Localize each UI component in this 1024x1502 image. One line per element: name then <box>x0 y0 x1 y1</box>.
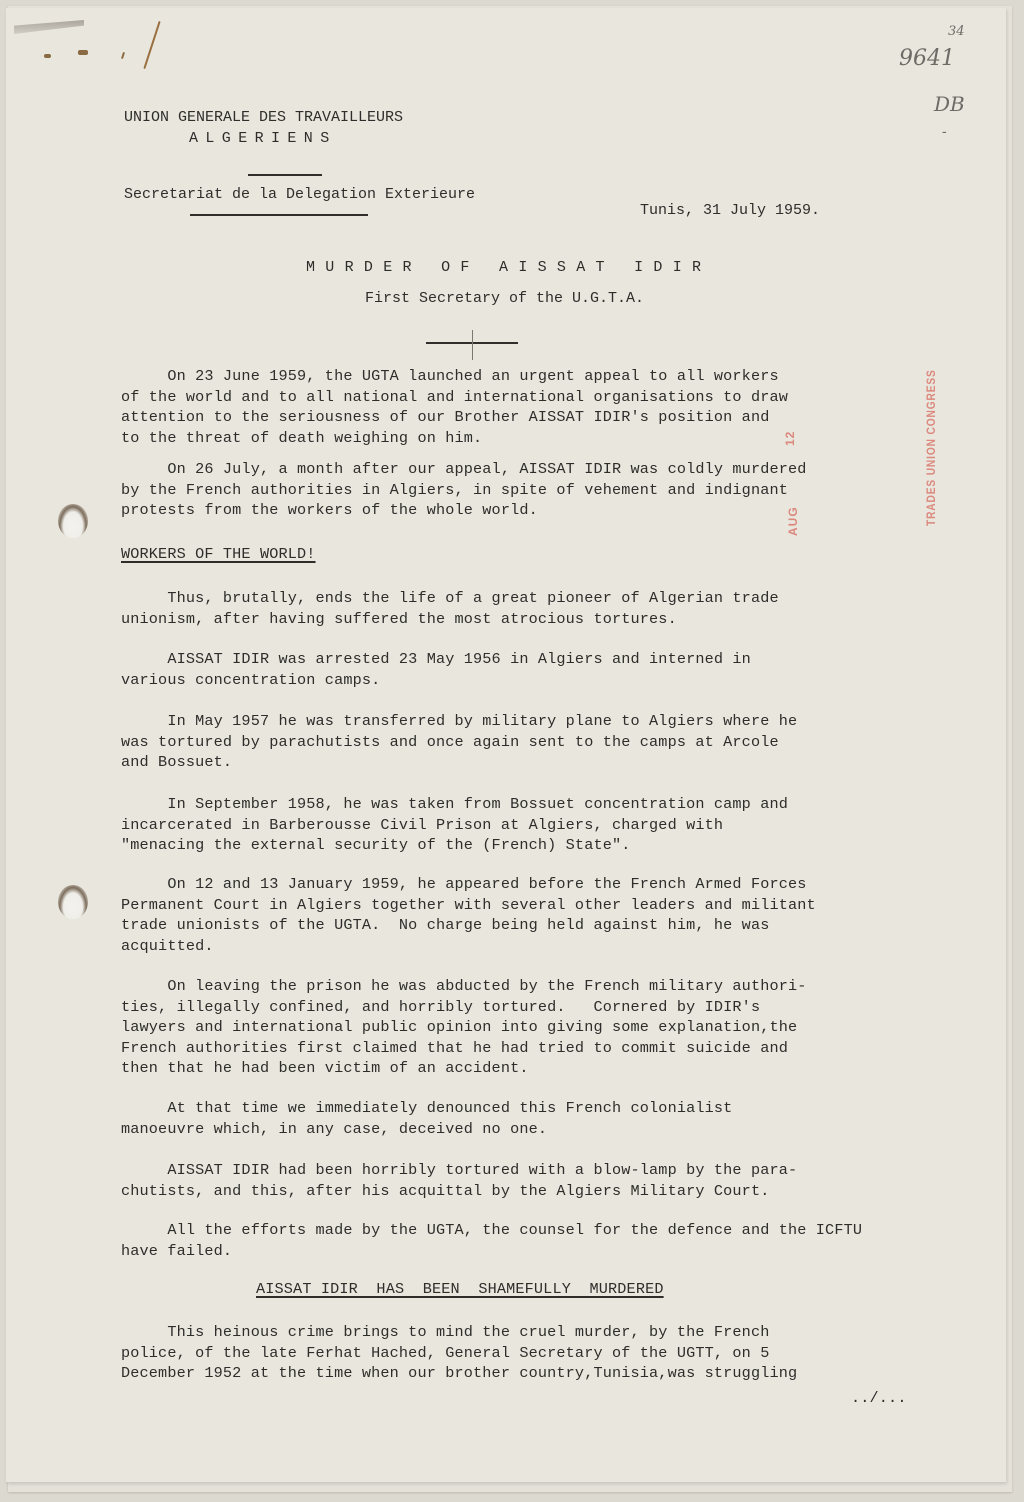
initials: DB <box>934 92 965 116</box>
paragraph-line: On 12 and 13 January 1959, he appeared b… <box>121 874 807 894</box>
paragraph-line: AISSAT IDIR was arrested 23 May 1956 in … <box>121 649 751 669</box>
document-subtitle: First Secretary of the U.G.T.A. <box>365 289 644 309</box>
letterhead-line-1: UNION GENERALE DES TRAVAILLEURS <box>124 108 403 128</box>
paragraph-line: manoeuvre which, in any case, deceived n… <box>121 1119 547 1139</box>
folio-number: 34 <box>948 24 965 39</box>
paragraph-line: All the efforts made by the UGTA, the co… <box>121 1220 862 1240</box>
paragraph-line: In May 1957 he was transferred by milita… <box>121 711 797 731</box>
paragraph-line: "menacing the external security of the (… <box>121 835 631 855</box>
document-page: 34 9641 DB - UNION GENERALE DES TRAVAILL… <box>6 8 1006 1482</box>
place-date: Tunis, 31 July 1959. <box>640 201 820 221</box>
paragraph-line: unionism, after having suffered the most… <box>121 609 677 629</box>
department-rule <box>190 214 368 216</box>
paragraph-line: of the world and to all national and int… <box>121 387 788 407</box>
paragraph-line: In September 1958, he was taken from Bos… <box>121 794 788 814</box>
paragraph-line: police, of the late Ferhat Hached, Gener… <box>121 1343 769 1363</box>
paragraph-line: On leaving the prison he was abducted by… <box>121 976 807 996</box>
paragraph-line: acquitted. <box>121 936 214 956</box>
document-title: MURDER OF AISSAT IDIR <box>306 258 711 278</box>
paragraph-line: French authorities first claimed that he… <box>121 1038 788 1058</box>
punch-hole <box>58 885 88 919</box>
paragraph-line: AISSAT IDIR had been horribly tortured w… <box>121 1160 797 1180</box>
archive-stamp: TRADES UNION CONGRESS <box>924 369 938 526</box>
paragraph-line: then that he had been victim of an accid… <box>121 1058 529 1078</box>
paragraph-line: Thus, brutally, ends the life of a great… <box>121 588 779 608</box>
continuation-mark: ../... <box>851 1388 907 1408</box>
paragraph-line: This heinous crime brings to mind the cr… <box>121 1322 769 1342</box>
paragraph-line: On 26 July, a month after our appeal, AI… <box>121 459 807 479</box>
paragraph-line: At that time we immediately denounced th… <box>121 1098 732 1118</box>
staple-mark <box>121 52 125 59</box>
paragraph-line: was tortured by parachutists and once ag… <box>121 732 779 752</box>
section-heading: WORKERS OF THE WORLD! <box>121 544 316 564</box>
received-stamp-day: 12 <box>783 431 797 446</box>
reference-number: 9641 <box>899 46 955 71</box>
letterhead-department: Secretariat de la Delegation Exterieure <box>124 185 475 205</box>
folded-corner <box>14 20 84 34</box>
paragraph-line: to the threat of death weighing on him. <box>121 428 482 448</box>
letterhead-rule <box>248 174 322 176</box>
paragraph-line: chutists, and this, after his acquittal … <box>121 1181 769 1201</box>
paragraph-line: by the French authorities in Algiers, in… <box>121 480 788 500</box>
punch-hole <box>58 504 88 538</box>
paragraph-line: Permanent Court in Algiers together with… <box>121 895 816 915</box>
paragraph-line: On 23 June 1959, the UGTA launched an ur… <box>121 366 779 386</box>
letterhead-line-2: ALGERIENS <box>189 129 337 149</box>
staple-mark <box>44 54 51 58</box>
paragraph-line: incarcerated in Barberousse Civil Prison… <box>121 815 723 835</box>
received-stamp-month: AUG <box>786 506 800 536</box>
paragraph-line: have failed. <box>121 1241 232 1261</box>
paragraph-line: ties, illegally confined, and horribly t… <box>121 997 760 1017</box>
paragraph-line: various concentration camps. <box>121 670 380 690</box>
paragraph-line: December 1952 at the time when our broth… <box>121 1363 797 1383</box>
staple-mark <box>78 50 88 55</box>
pencil-dash: - <box>942 124 947 140</box>
paragraph-line: and Bossuet. <box>121 752 232 772</box>
staple-mark <box>143 21 160 69</box>
paragraph-line: trade unionists of the UGTA. No charge b… <box>121 915 769 935</box>
section-heading: AISSAT IDIR HAS BEEN SHAMEFULLY MURDERED <box>256 1279 664 1299</box>
paragraph-line: attention to the seriousness of our Brot… <box>121 407 769 427</box>
paragraph-line: protests from the workers of the whole w… <box>121 500 538 520</box>
paragraph-line: lawyers and international public opinion… <box>121 1017 797 1037</box>
pencil-stroke <box>472 330 473 360</box>
